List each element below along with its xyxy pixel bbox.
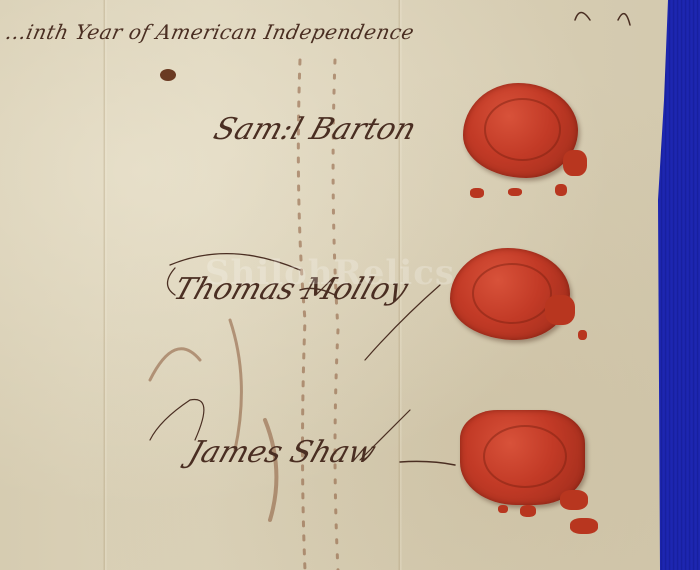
wax-fragment	[560, 490, 588, 510]
wax-fragment	[545, 295, 575, 325]
wax-fragment	[570, 518, 598, 534]
document-photo: ...inth Year of American Independence Sa…	[0, 0, 700, 570]
wax-fragment	[520, 505, 536, 517]
wax-fragment	[470, 188, 484, 198]
wax-seal-1	[463, 83, 578, 178]
signature-sam-barton: Sam:l Barton	[209, 112, 420, 147]
wax-fragment	[508, 188, 522, 196]
wax-seal-2	[450, 248, 570, 340]
wax-fragment	[555, 184, 567, 196]
signature-james-shaw: James Shaw	[184, 435, 380, 470]
wax-fragment	[578, 330, 587, 340]
wax-fragment	[498, 505, 508, 513]
wax-fragment	[563, 150, 587, 176]
